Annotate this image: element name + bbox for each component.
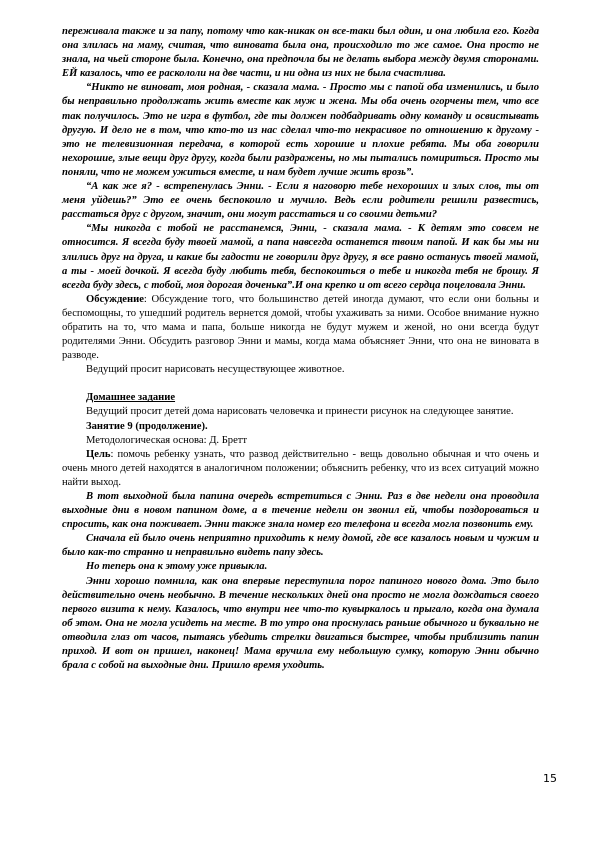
lesson-heading: Занятие 9 (продолжение). xyxy=(62,420,539,434)
paragraph-mom-quote-1: “Никто не виноват, моя родная, - сказала… xyxy=(62,81,539,180)
spacer xyxy=(62,377,539,391)
document-page: переживала также и за папу, потому что к… xyxy=(62,25,539,673)
page-number: 15 xyxy=(543,772,557,785)
goal-text: : помочь ребенку узнать, что развод дейс… xyxy=(62,449,539,488)
paragraph-draw-animal: Ведущий просит нарисовать несуществующее… xyxy=(62,363,539,377)
goal-label: Цель xyxy=(86,449,111,460)
paragraph-story-5: Энни хорошо помнила, как она впервые пер… xyxy=(62,575,539,674)
paragraph-goal: Цель: помочь ребенку узнать, что развод … xyxy=(62,448,539,490)
paragraph-story-3: Сначала ей было очень неприятно приходит… xyxy=(62,532,539,560)
paragraph-annie-question: “А как же я? - встрепенулась Энни. - Есл… xyxy=(62,180,539,222)
paragraph-mom-quote-2: “Мы никогда с тобой не расстанемся, Энни… xyxy=(62,222,539,292)
homework-heading-text: Домашнее задание xyxy=(86,392,175,403)
paragraph-story-4: Но теперь она к этому уже привыкла. xyxy=(62,560,539,574)
paragraph-discussion: Обсуждение: Обсуждение того, что большин… xyxy=(62,293,539,363)
paragraph-homework: Ведущий просит детей дома нарисовать чел… xyxy=(62,405,539,419)
homework-heading: Домашнее задание xyxy=(62,391,539,405)
paragraph-story-1: переживала также и за папу, потому что к… xyxy=(62,25,539,81)
discussion-label: Обсуждение xyxy=(86,294,144,305)
paragraph-method-basis: Методологическая основа: Д. Бретт xyxy=(62,434,539,448)
paragraph-story-2: В тот выходной была папина очередь встре… xyxy=(62,490,539,532)
